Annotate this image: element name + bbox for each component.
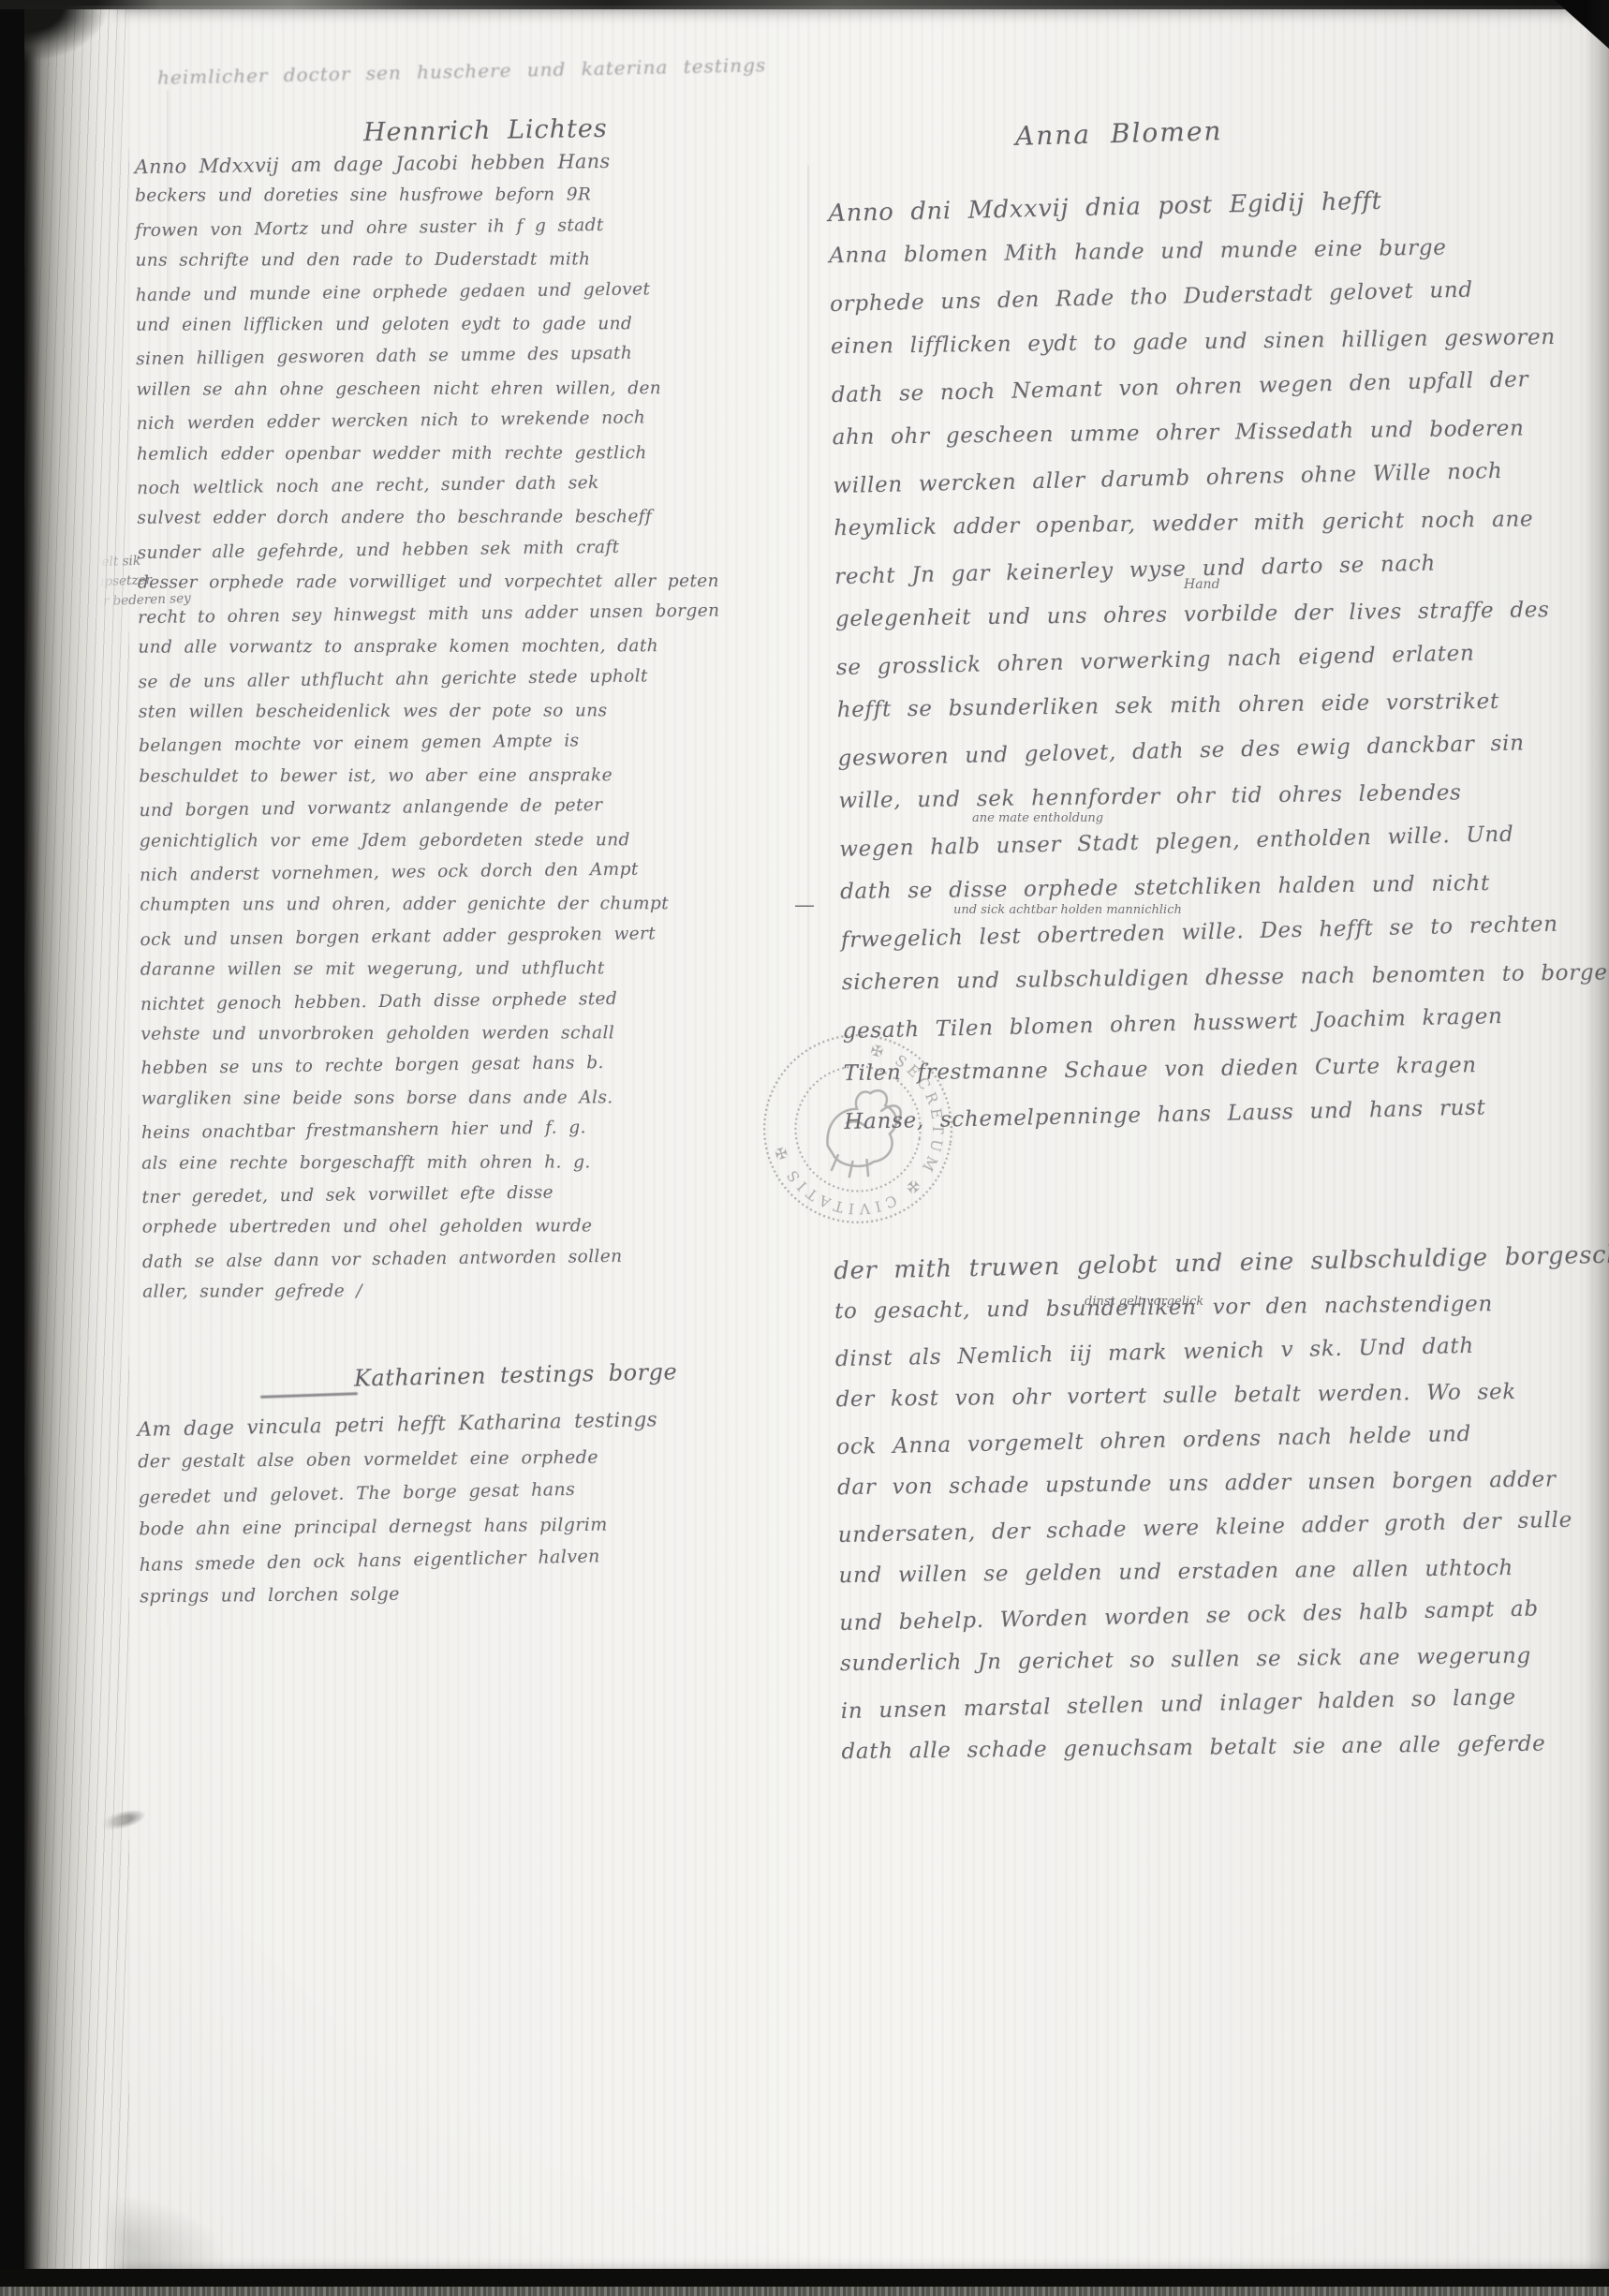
manuscript-scan: heimlicher doctor sen huschere und kater… (0, 0, 1609, 2296)
interline-note: ane mate entholdung (972, 811, 1103, 825)
interline-note: Hand (1184, 577, 1220, 592)
interline-note: — (794, 894, 813, 917)
interline-note: dinst gelt vorgelick (1085, 1295, 1203, 1309)
interline-insertions: Handane mate entholdungund sick achtbar … (24, 6, 1609, 2271)
scan-right-edge-shadow (1585, 0, 1609, 2296)
scan-top-edge (0, 0, 1609, 9)
dark-corner-shadow (24, 6, 202, 118)
manuscript-page: heimlicher doctor sen huschere und kater… (24, 6, 1609, 2271)
binding-torn-edge (24, 6, 129, 2271)
scan-bottom-gap (0, 2269, 1609, 2288)
book-page-edges (0, 2287, 1609, 2296)
interline-note: und sick achtbar holden mannichlich (953, 903, 1182, 917)
